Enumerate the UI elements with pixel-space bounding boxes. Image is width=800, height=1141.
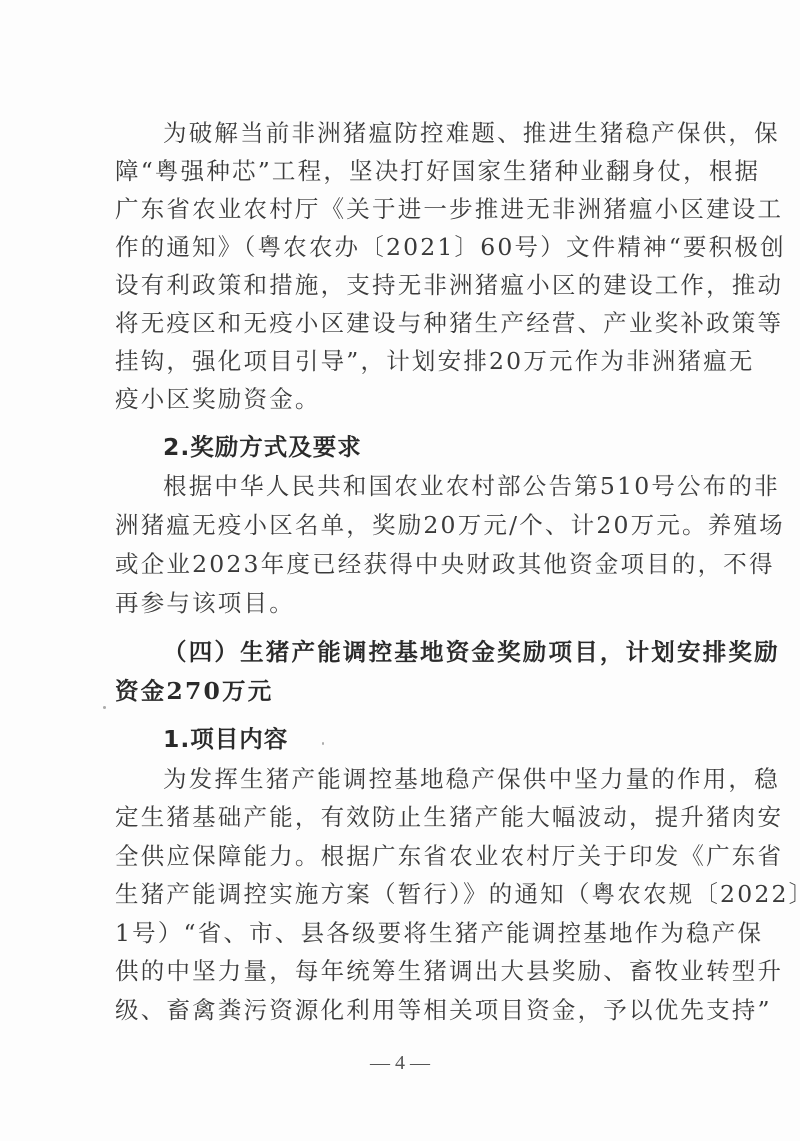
paragraph-line: 疫小区奖励资金。 [115, 384, 695, 414]
scan-speck [103, 706, 106, 709]
paragraph-line: 级、畜禽粪污资源化利用等相关项目资金，予以优先支持” [115, 995, 695, 1025]
section-title: （四）生猪产能调控基地资金奖励项目，计划安排奖励 [163, 637, 695, 667]
paragraph-line: 作的通知》（粤农农办〔2021〕60号）文件精神“要积极创 [115, 232, 695, 262]
paragraph-line: 供的中坚力量，每年统筹生猪调出大县奖励、畜牧业转型升 [115, 956, 695, 986]
paragraph-line: 障“粤强种芯”工程，坚决打好国家生猪种业翻身仗，根据 [115, 156, 695, 186]
paragraph-line: 广东省农业农村厅《关于进一步推进无非洲猪瘟小区建设工 [115, 194, 695, 224]
paragraph-line: 洲猪瘟无疫小区名单，奖励20万元/个、计20万元。养殖场 [115, 510, 695, 540]
paragraph-line: 根据中华人民共和国农业农村部公告第510号公布的非 [163, 471, 695, 501]
paragraph-line: 挂钩，强化项目引导”，计划安排20万元作为非洲猪瘟无 [115, 346, 695, 376]
paragraph-line: 为破解当前非洲猪瘟防控难题、推进生猪稳产保供，保 [163, 118, 695, 148]
scan-speck [322, 742, 324, 745]
section-heading: 2.奖励方式及要求 [163, 432, 743, 462]
paragraph-line: 1号）“省、市、县各级要将生猪产能调控基地作为稳产保 [115, 918, 695, 948]
page-number: — 4 — [0, 1052, 800, 1075]
paragraph-line: 生猪产能调控实施方案（暂行）》的通知（粤农农规〔2022〕 [115, 879, 695, 909]
section-title: 资金270万元 [115, 676, 695, 706]
section-heading: 1.项目内容 [163, 724, 743, 754]
paragraph-line: 将无疫区和无疫小区建设与种猪生产经营、产业奖补政策等 [115, 308, 695, 338]
paragraph-line: 或企业2023年度已经获得中央财政其他资金项目的，不得 [115, 549, 695, 579]
paragraph-line: 全供应保障能力。根据广东省农业农村厅关于印发《广东省 [115, 841, 695, 871]
paragraph-line: 为发挥生猪产能调控基地稳产保供中坚力量的作用，稳 [163, 764, 695, 794]
paragraph-line: 设有利政策和措施，支持无非洲猪瘟小区的建设工作，推动 [115, 270, 695, 300]
paragraph-line: 再参与该项目。 [115, 588, 695, 618]
paragraph-line: 定生猪基础产能，有效防止生猪产能大幅波动，提升猪肉安 [115, 802, 695, 832]
